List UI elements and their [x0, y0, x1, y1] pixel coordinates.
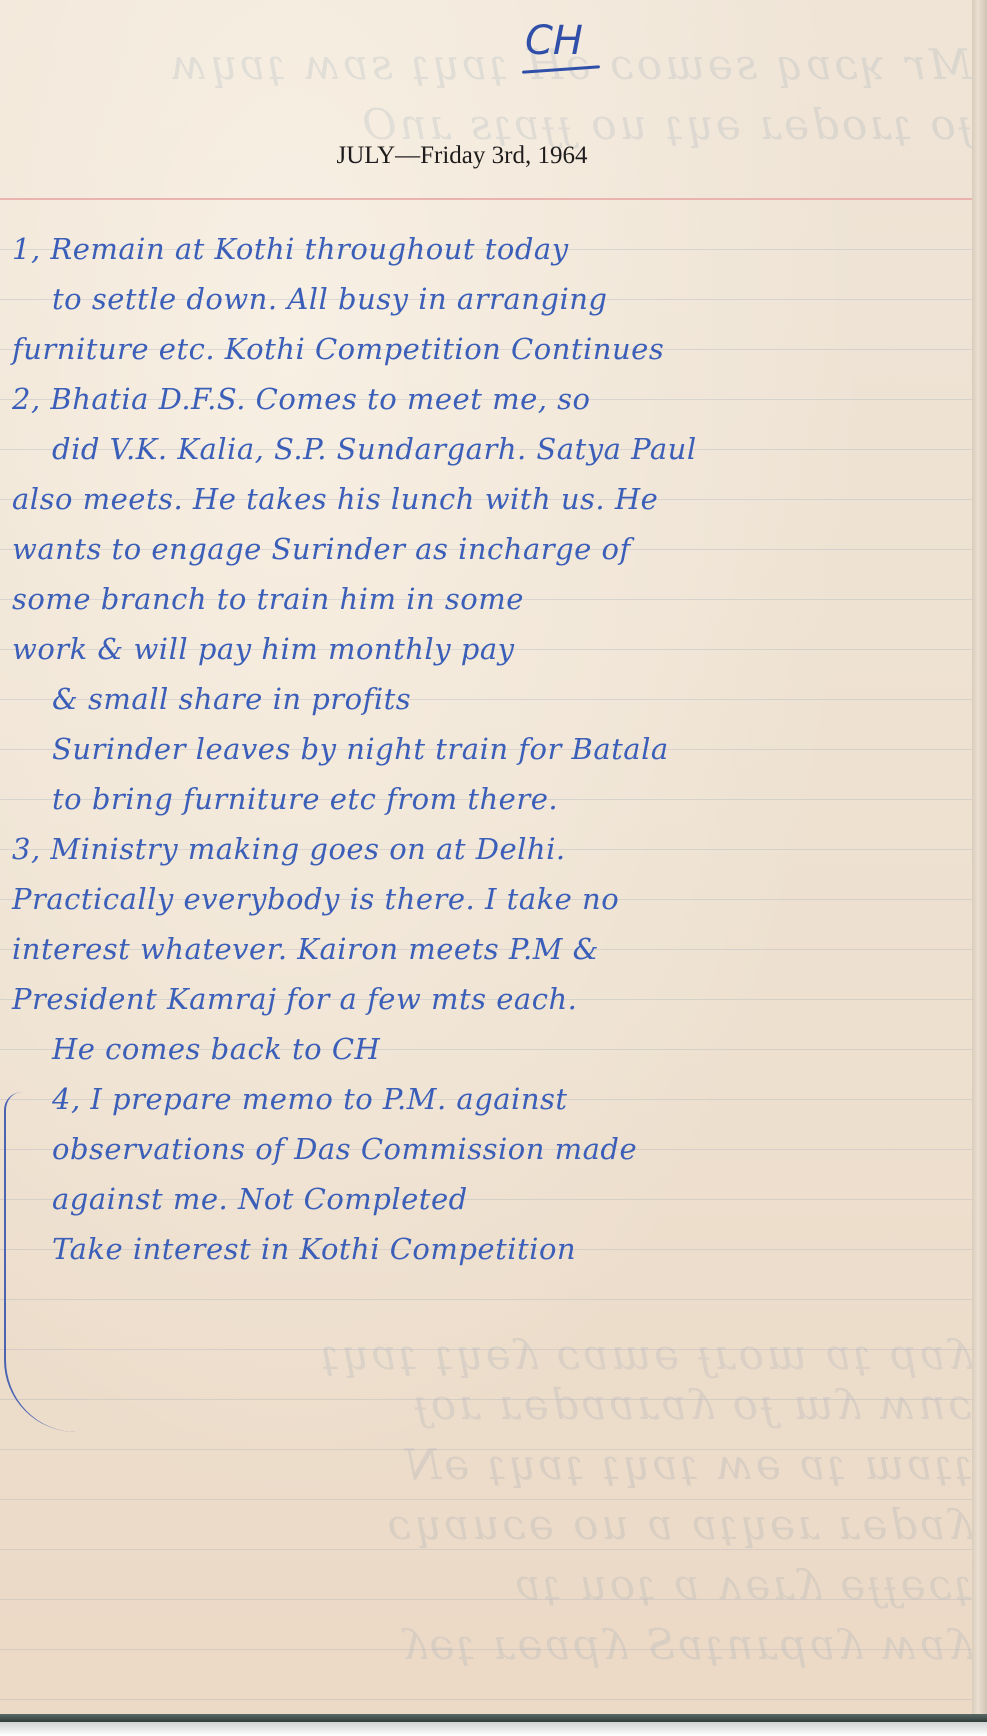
entry-line: against me. Not Completed	[12, 1174, 967, 1224]
book-cover-edge	[0, 1714, 987, 1722]
entry-line: did V.K. Kalia, S.P. Sundargarh. Satya P…	[12, 424, 967, 474]
entry-line: to bring furniture etc from there.	[12, 774, 967, 824]
entry-line: work & will pay him monthly pay	[12, 624, 967, 674]
entry-line: Practically everybody is there. I take n…	[12, 874, 967, 924]
entry-line: 2, Bhatia D.F.S. Comes to meet me, so	[12, 374, 967, 424]
entry-line: Take interest in Kothi Competition	[12, 1224, 967, 1274]
bleed-through-text: Mr ʞɔɐq sǝɯoɔ ǝH ʇɐɥʇ sɐʍ ʇɐɥʍ	[0, 40, 972, 89]
date-header-text: JULY—Friday 3rd, 1964	[337, 142, 588, 170]
date-header: JULY—Friday 3rd, 1964	[0, 142, 972, 170]
diary-entries: 1, Remain at Kothi throughout today to s…	[12, 224, 967, 1274]
entry-line: President Kamraj for a few mts each.	[12, 974, 967, 1024]
entry-line: furniture etc. Kothi Competition Continu…	[12, 324, 967, 374]
entry-line: wants to engage Surinder as incharge of	[12, 524, 967, 574]
entry-line: also meets. He takes his lunch with us. …	[12, 474, 967, 524]
entry-line: 1, Remain at Kothi throughout today	[12, 224, 967, 274]
entry-line: observations of Das Commission made	[12, 1124, 967, 1174]
entry-line: 3, Ministry making goes on at Delhi.	[12, 824, 967, 874]
entry-line: to settle down. All busy in arranging	[12, 274, 967, 324]
entry-line: He comes back to CH	[12, 1024, 967, 1074]
background	[0, 1722, 987, 1736]
entry-line: Surinder leaves by night train for Batal…	[12, 724, 967, 774]
corner-tag: CH	[525, 18, 583, 64]
page-edge	[972, 0, 987, 1718]
entry-line: some branch to train him in some	[12, 574, 967, 624]
entry-line: & small share in profits	[12, 674, 967, 724]
diary-page: Mr ʞɔɐq sǝɯoɔ ǝH ʇɐɥʇ sɐʍ ʇɐɥʍ ɟo ʇɹodǝɹ…	[0, 0, 972, 1718]
margin-rule	[0, 198, 972, 200]
entry-line: 4, I prepare memo to P.M. against	[12, 1074, 967, 1124]
entry-line: interest whatever. Kairon meets P.M &	[12, 924, 967, 974]
